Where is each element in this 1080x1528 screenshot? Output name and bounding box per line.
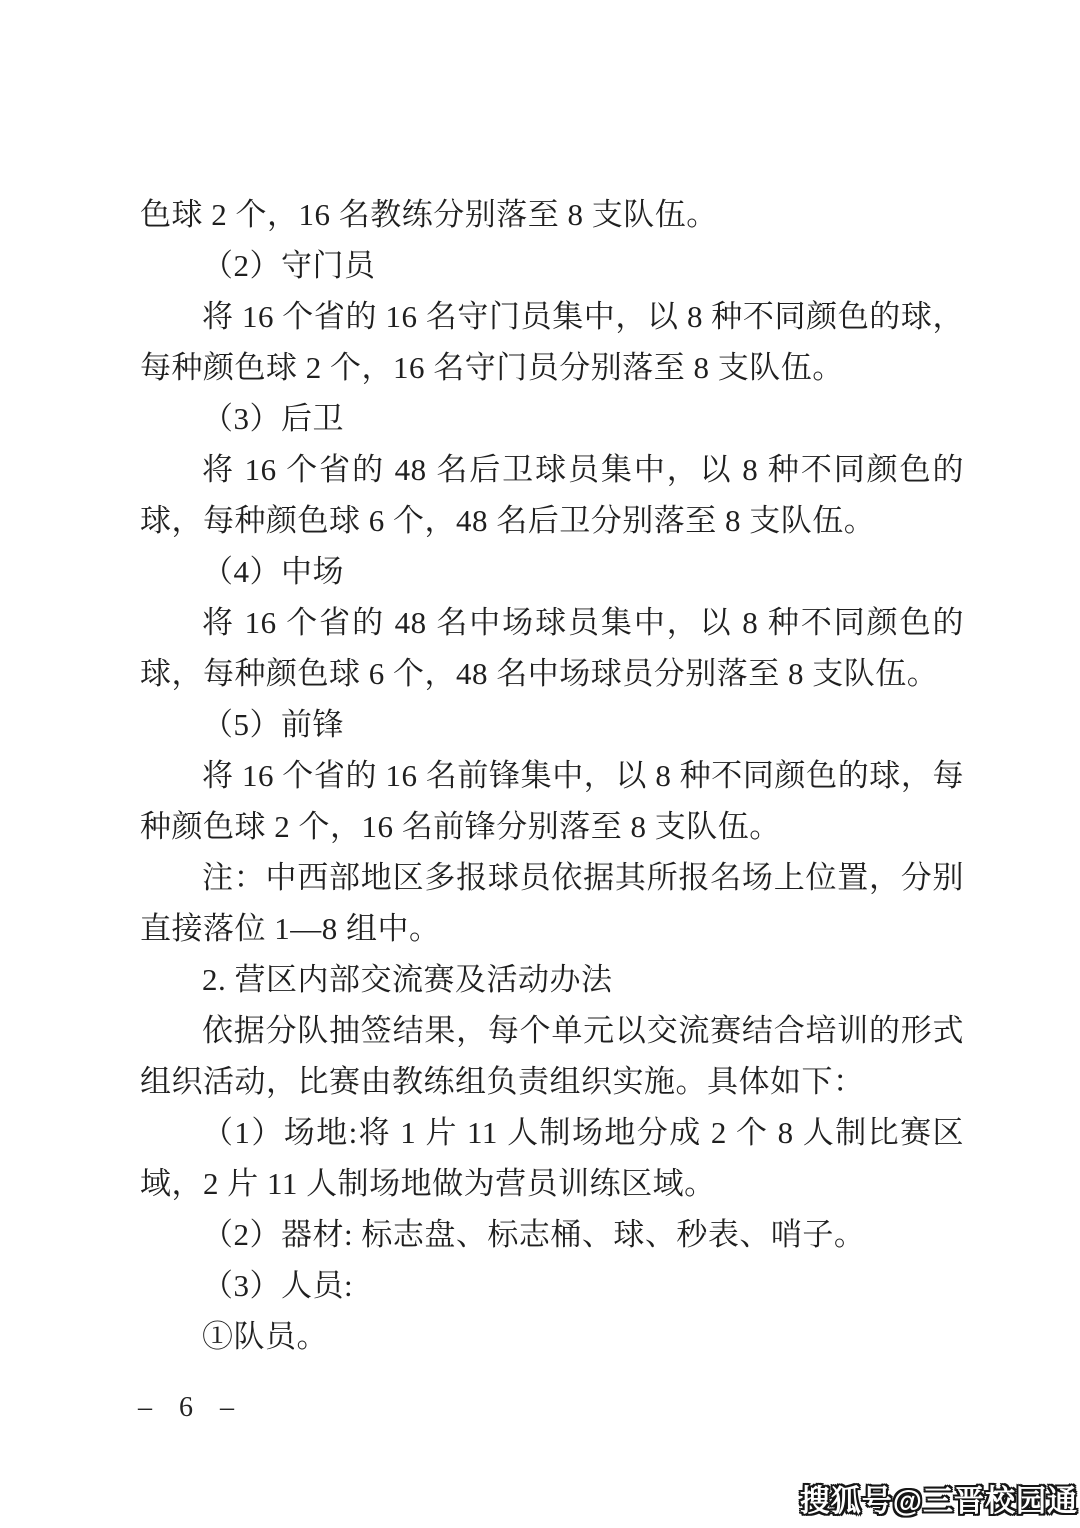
document-page: 色球 2 个，16 名教练分别落至 8 支队伍。 （2）守门员 将 16 个省的… — [0, 0, 1080, 1528]
page-number: – 6 – — [138, 1388, 244, 1428]
paragraph-section-2-intro: 依据分队抽签结果，每个单元以交流赛结合培训的形式组织活动，比赛由教练组负责组织实… — [140, 1005, 964, 1107]
paragraph-goalkeeper-detail: 将 16 个省的 16 名守门员集中，以 8 种不同颜色的球，每种颜色球 2 个… — [140, 291, 964, 393]
paragraph-personnel: （3）人员: — [140, 1260, 964, 1311]
heading-section-2: 2. 营区内部交流赛及活动办法 — [140, 954, 964, 1005]
paragraph-midfielder-detail: 将 16 个省的 48 名中场球员集中，以 8 种不同颜色的球，每种颜色球 6 … — [140, 597, 964, 699]
paragraph-venue: （1）场地:将 1 片 11 人制场地分成 2 个 8 人制比赛区域，2 片 1… — [140, 1107, 964, 1209]
heading-item-3-defender: （3）后卫 — [140, 393, 964, 444]
paragraph-forward-detail: 将 16 个省的 16 名前锋集中，以 8 种不同颜色的球，每种颜色球 2 个，… — [140, 750, 964, 852]
watermark-sohu-account: 搜狐号@三晋校园通 — [800, 1484, 1078, 1520]
document-body: 色球 2 个，16 名教练分别落至 8 支队伍。 （2）守门员 将 16 个省的… — [140, 189, 964, 1362]
paragraph-continuation: 色球 2 个，16 名教练分别落至 8 支队伍。 — [140, 189, 964, 240]
paragraph-note: 注：中西部地区多报球员依据其所报名场上位置，分别直接落位 1—8 组中。 — [140, 852, 964, 954]
paragraph-defender-detail: 将 16 个省的 48 名后卫球员集中，以 8 种不同颜色的球，每种颜色球 6 … — [140, 444, 964, 546]
paragraph-players: ①队员。 — [140, 1311, 964, 1362]
heading-item-5-forward: （5）前锋 — [140, 699, 964, 750]
paragraph-equipment: （2）器材: 标志盘、标志桶、球、秒表、哨子。 — [140, 1209, 964, 1260]
heading-item-4-midfielder: （4）中场 — [140, 546, 964, 597]
heading-item-2-goalkeeper: （2）守门员 — [140, 240, 964, 291]
